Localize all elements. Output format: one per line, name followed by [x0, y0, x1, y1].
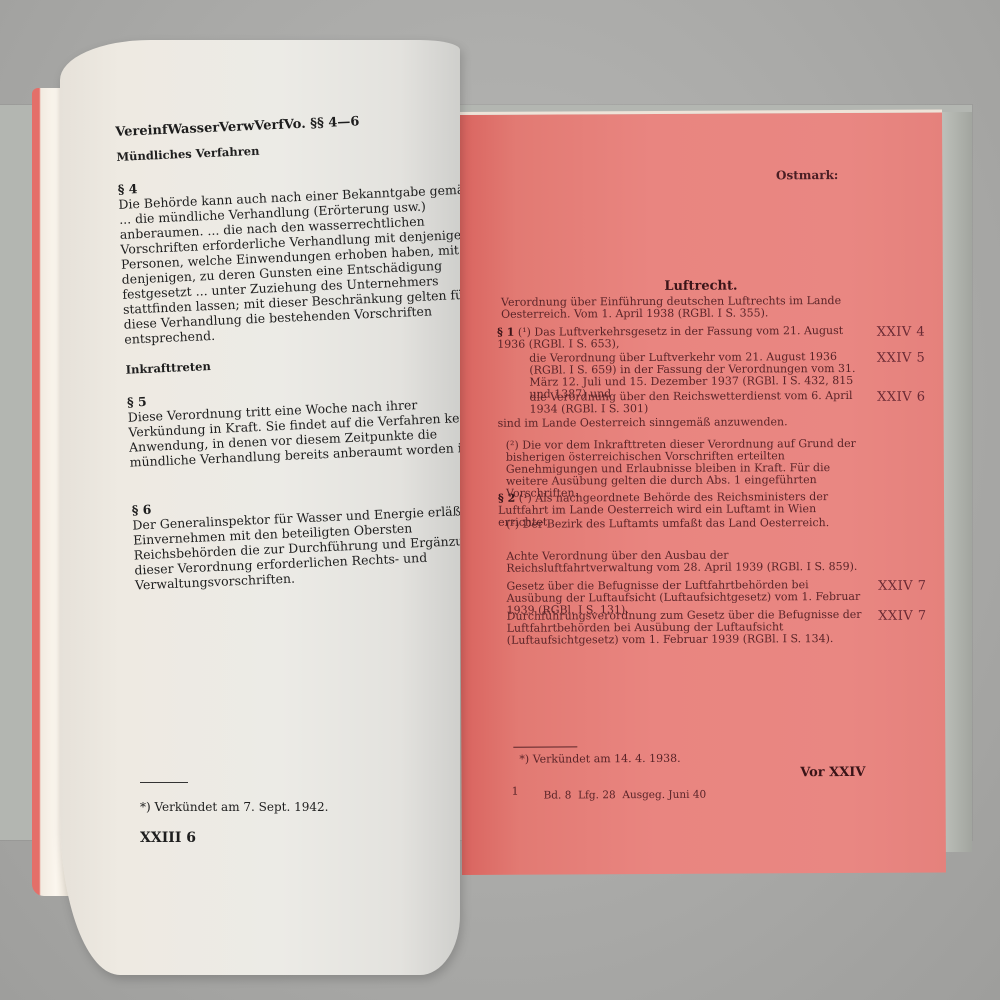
entry-ref: XXIV 6: [877, 390, 926, 405]
left-page: VereinfWasserVerwVerfVo. §§ 4—6 Mündlich…: [60, 40, 460, 975]
entry-text: (¹) Das Luftverkehrsgesetz in der Fassun…: [497, 324, 843, 351]
entry-6: (²) Der Bezirk des Luftamts umfaßt das L…: [506, 517, 866, 531]
page-number: XXIII 6: [140, 830, 196, 846]
section-title: Luftrecht.: [459, 277, 943, 295]
entry-2: die Verordnung über den Reichswetterdien…: [529, 390, 865, 416]
entry-ref: XXIV 5: [877, 351, 926, 366]
imprint: Bd. 8 Lfg. 28 Ausgeg. Juni 40: [544, 789, 707, 802]
entry-ref: XXIV 4: [877, 325, 926, 340]
entry-ref: XXIV 7: [878, 609, 927, 624]
page-number: 1: [512, 785, 519, 798]
paragraph-4: § 4 Die Behörde kann auch nach einer Bek…: [117, 151, 460, 347]
entry-0: § 1 (¹) Das Luftverkehrsgesetz in der Fa…: [497, 325, 865, 351]
paragraph-5: § 5 Diese Verordnung tritt eine Woche na…: [126, 364, 460, 470]
entry-ref: XXIV 7: [878, 579, 927, 594]
paragraph-6: § 6 Der Generalinspektor für Wasser und …: [131, 472, 460, 593]
intro-text: Verordnung über Einführung deutschen Luf…: [501, 295, 913, 321]
paragraph-label: § 6: [131, 502, 151, 518]
paragraph-text: Diese Verordnung tritt eine Woche nach i…: [127, 397, 460, 470]
paragraph-text: Die Behörde kann auch nach einer Bekannt…: [118, 181, 460, 346]
section-mark: Vor XXIV: [800, 765, 865, 780]
region-label: Ostmark:: [776, 168, 838, 182]
paragraph-text: Der Generalinspektor für Wasser und Ener…: [132, 502, 460, 592]
footnote-rule: [140, 782, 188, 783]
footnote: *) Verkündet am 14. 4. 1938.: [519, 752, 680, 766]
paragraph-label: § 4: [117, 181, 137, 197]
entry-9: Durchführungsverordnung zum Gesetz über …: [507, 609, 867, 647]
running-head: VereinfWasserVerwVerfVo. §§ 4—6: [115, 109, 460, 140]
footnote-rule: [513, 746, 577, 747]
paragraph-label: § 5: [127, 394, 147, 410]
footnote: *) Verkündet am 7. Sept. 1942.: [140, 800, 328, 814]
right-page: Ostmark: Luftrecht. Verordnung über Einf…: [458, 109, 946, 875]
entry-7: Achte Verordnung über den Ausbau der Rei…: [506, 549, 866, 575]
entry-3: sind im Lande Oesterreich sinngemäß anzu…: [498, 416, 866, 430]
